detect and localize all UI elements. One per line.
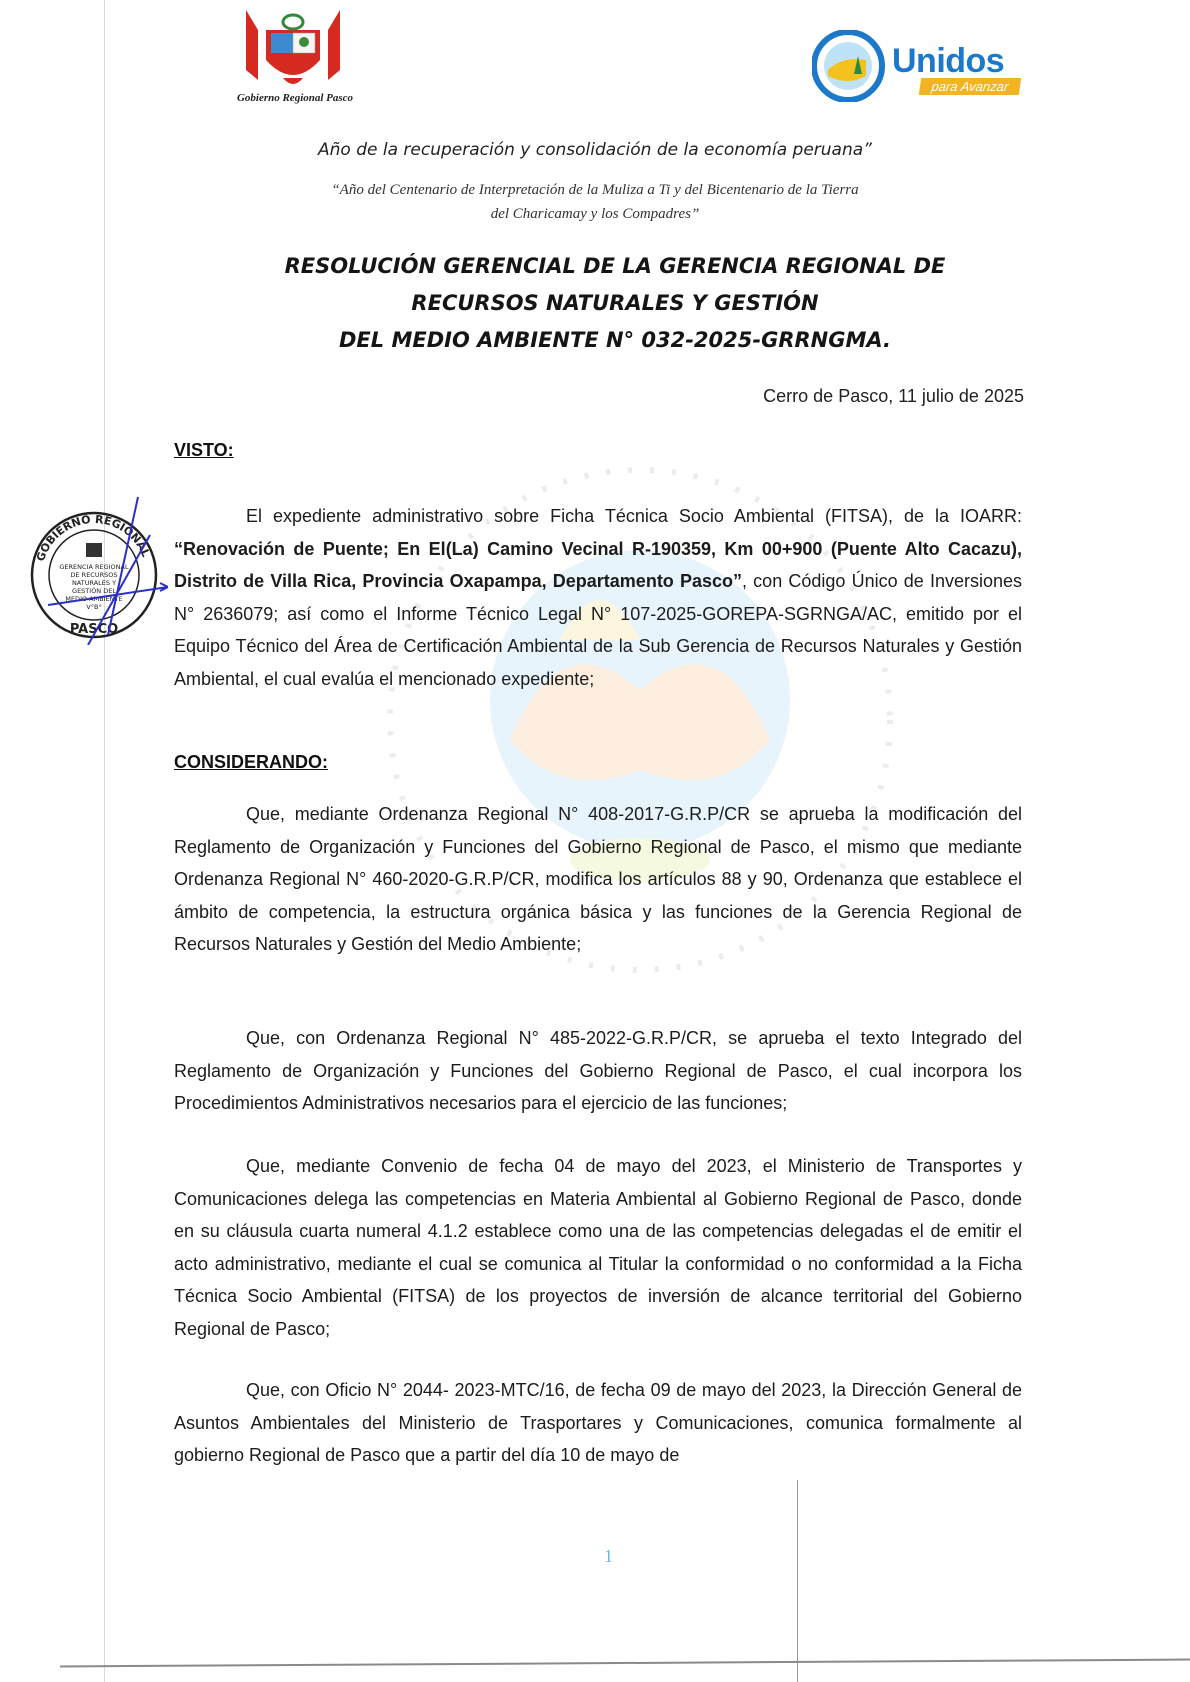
svg-text:DE RECURSOS: DE RECURSOS bbox=[71, 571, 118, 579]
place-and-date: Cerro de Pasco, 11 julio de 2025 bbox=[763, 386, 1024, 407]
svg-text:V°B°: V°B° bbox=[86, 603, 101, 611]
considerando-paragraph: Que, mediante Ordenanza Regional N° 408-… bbox=[174, 798, 1022, 961]
resolution-title: RESOLUCIÓN GERENCIAL DE LA GERENCIA REGI… bbox=[0, 248, 1190, 359]
page-bottom-edge bbox=[60, 1659, 1190, 1668]
official-stamp-seal: GOBIERNO REGIONAL PASCO GERENCIA REGIONA… bbox=[28, 495, 168, 645]
brand-wordmark: Unidos bbox=[892, 42, 1004, 81]
svg-text:GESTIÓN DEL: GESTIÓN DEL bbox=[72, 586, 116, 595]
left-logo-caption: Gobierno Regional Pasco bbox=[200, 92, 390, 104]
brand-tagline: para Avanzar bbox=[919, 78, 1021, 95]
considerando-heading: CONSIDERANDO: bbox=[174, 752, 328, 773]
svg-text:GERENCIA REGIONAL: GERENCIA REGIONAL bbox=[59, 563, 129, 571]
considerando-paragraph: Que, mediante Convenio de fecha 04 de ma… bbox=[174, 1150, 1022, 1345]
visto-heading: VISTO: bbox=[174, 440, 234, 461]
considerando-paragraph: Que, con Ordenanza Regional N° 485-2022-… bbox=[174, 1022, 1022, 1120]
visto-paragraph: El expediente administrativo sobre Ficha… bbox=[174, 500, 1022, 695]
svg-text:NATURALES Y: NATURALES Y bbox=[72, 579, 116, 587]
scan-fold-line bbox=[797, 1480, 798, 1682]
considerando-paragraph: Que, con Oficio N° 2044- 2023-MTC/16, de… bbox=[174, 1374, 1022, 1472]
page-number: 1 bbox=[604, 1546, 613, 1567]
year-motto-primary: Año de la recuperación y consolidación d… bbox=[0, 140, 1190, 160]
year-motto-secondary: “Año del Centenario de Interpretación de… bbox=[0, 178, 1190, 226]
peru-coat-of-arms-logo bbox=[238, 0, 348, 92]
